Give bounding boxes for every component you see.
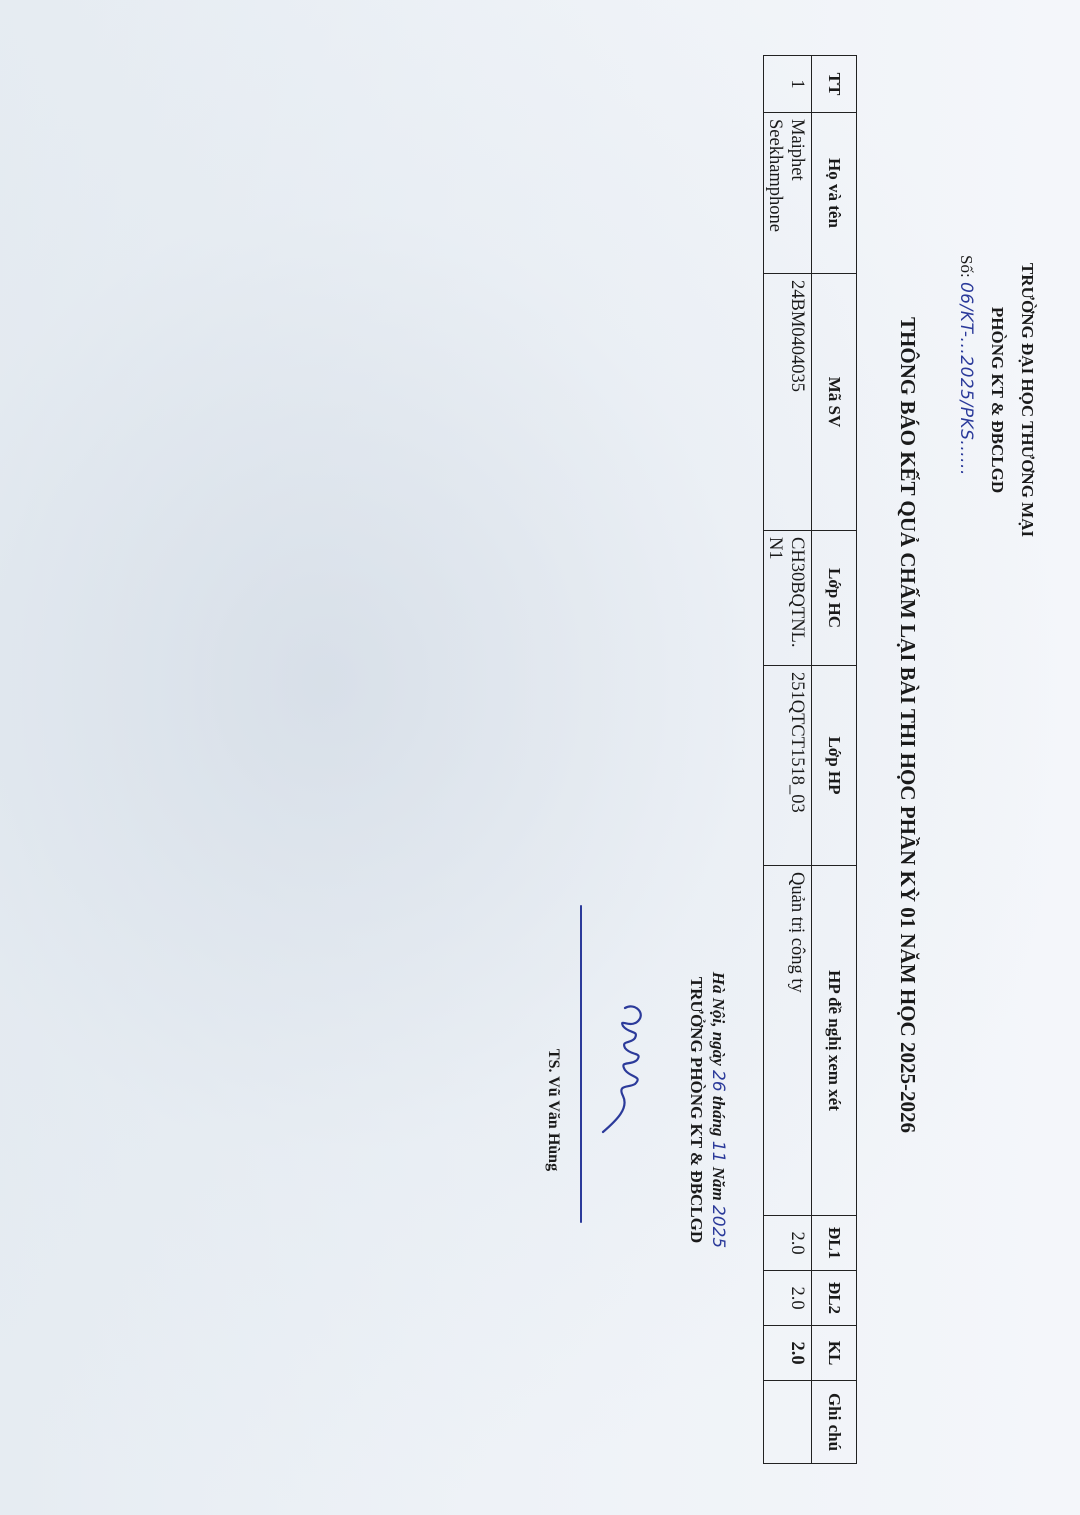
year-label: Năm <box>709 1167 728 1201</box>
table-header-row: TT Họ và tên Mã SV Lớp HC Lớp HP HP đề n… <box>812 56 857 1464</box>
column-header: ĐL2 <box>812 1271 857 1326</box>
cell-note <box>764 1381 812 1464</box>
column-header: HP đề nghị xem xét <box>812 866 857 1216</box>
signer-name: TS. Vũ Văn Hùng <box>544 900 562 1320</box>
department-name: PHÒNG KT & ĐBCLGD <box>982 150 1012 650</box>
handwritten-signature-icon <box>590 1000 665 1140</box>
column-header: Mã SV <box>812 274 857 531</box>
date-month: 11 <box>708 1141 728 1163</box>
column-header: Lớp HC <box>812 531 857 666</box>
unit-title: TRƯỞNG PHÒNG KT & ĐBCLGD <box>686 900 706 1320</box>
issuing-organization: TRƯỜNG ĐẠI HỌC THƯƠNG MẠI PHÒNG KT & ĐBC… <box>982 150 1042 650</box>
cell-dl2: 2.0 <box>764 1271 812 1326</box>
table-row: 1 Maiphet Seekhamphone 24BM0404035 CH30B… <box>764 56 812 1464</box>
date-line: Hà Nội, ngày 26 tháng 11 Năm 2025 <box>708 900 728 1320</box>
cell-course: Quản trị công ty <box>764 866 812 1216</box>
column-header: ĐL1 <box>812 1216 857 1271</box>
month-label: tháng <box>709 1096 728 1137</box>
column-header: Họ và tên <box>812 113 857 274</box>
date-prefix: Hà Nội, ngày <box>709 972 728 1066</box>
cell-student-id: 24BM0404035 <box>764 274 812 531</box>
date-day: 26 <box>708 1070 728 1092</box>
signature-underline <box>580 905 582 1223</box>
column-header: Ghi chú <box>812 1381 857 1464</box>
document-number: Số: 06/KT-...2025/PKS...... <box>956 255 976 476</box>
document-page: TRƯỜNG ĐẠI HỌC THƯƠNG MẠI PHÒNG KT & ĐBC… <box>0 0 1080 1515</box>
column-header: TT <box>812 56 857 113</box>
signature-block: Hà Nội, ngày 26 tháng 11 Năm 2025 TRƯỞNG… <box>686 900 728 1320</box>
date-year: 2025 <box>708 1205 728 1248</box>
university-name: TRƯỜNG ĐẠI HỌC THƯƠNG MẠI <box>1012 150 1042 650</box>
column-header: KL <box>812 1326 857 1381</box>
cell-admin-class: CH30BQTNL.N1 <box>764 531 812 666</box>
column-header: Lớp HP <box>812 666 857 866</box>
cell-name: Maiphet Seekhamphone <box>764 113 812 274</box>
cell-tt: 1 <box>764 56 812 113</box>
document-number-handwritten: 06/KT-...2025/PKS...... <box>956 282 976 476</box>
document-number-label: Số: <box>957 255 976 278</box>
results-table: TT Họ và tên Mã SV Lớp HC Lớp HP HP đề n… <box>763 55 857 1464</box>
cell-kl: 2.0 <box>764 1326 812 1381</box>
cell-course-class: 251QTCT1518_03 <box>764 666 812 866</box>
cell-dl1: 2.0 <box>764 1216 812 1271</box>
page-title: THÔNG BÁO KẾT QUẢ CHẤM LẠI BÀI THI HỌC P… <box>895 195 920 1255</box>
